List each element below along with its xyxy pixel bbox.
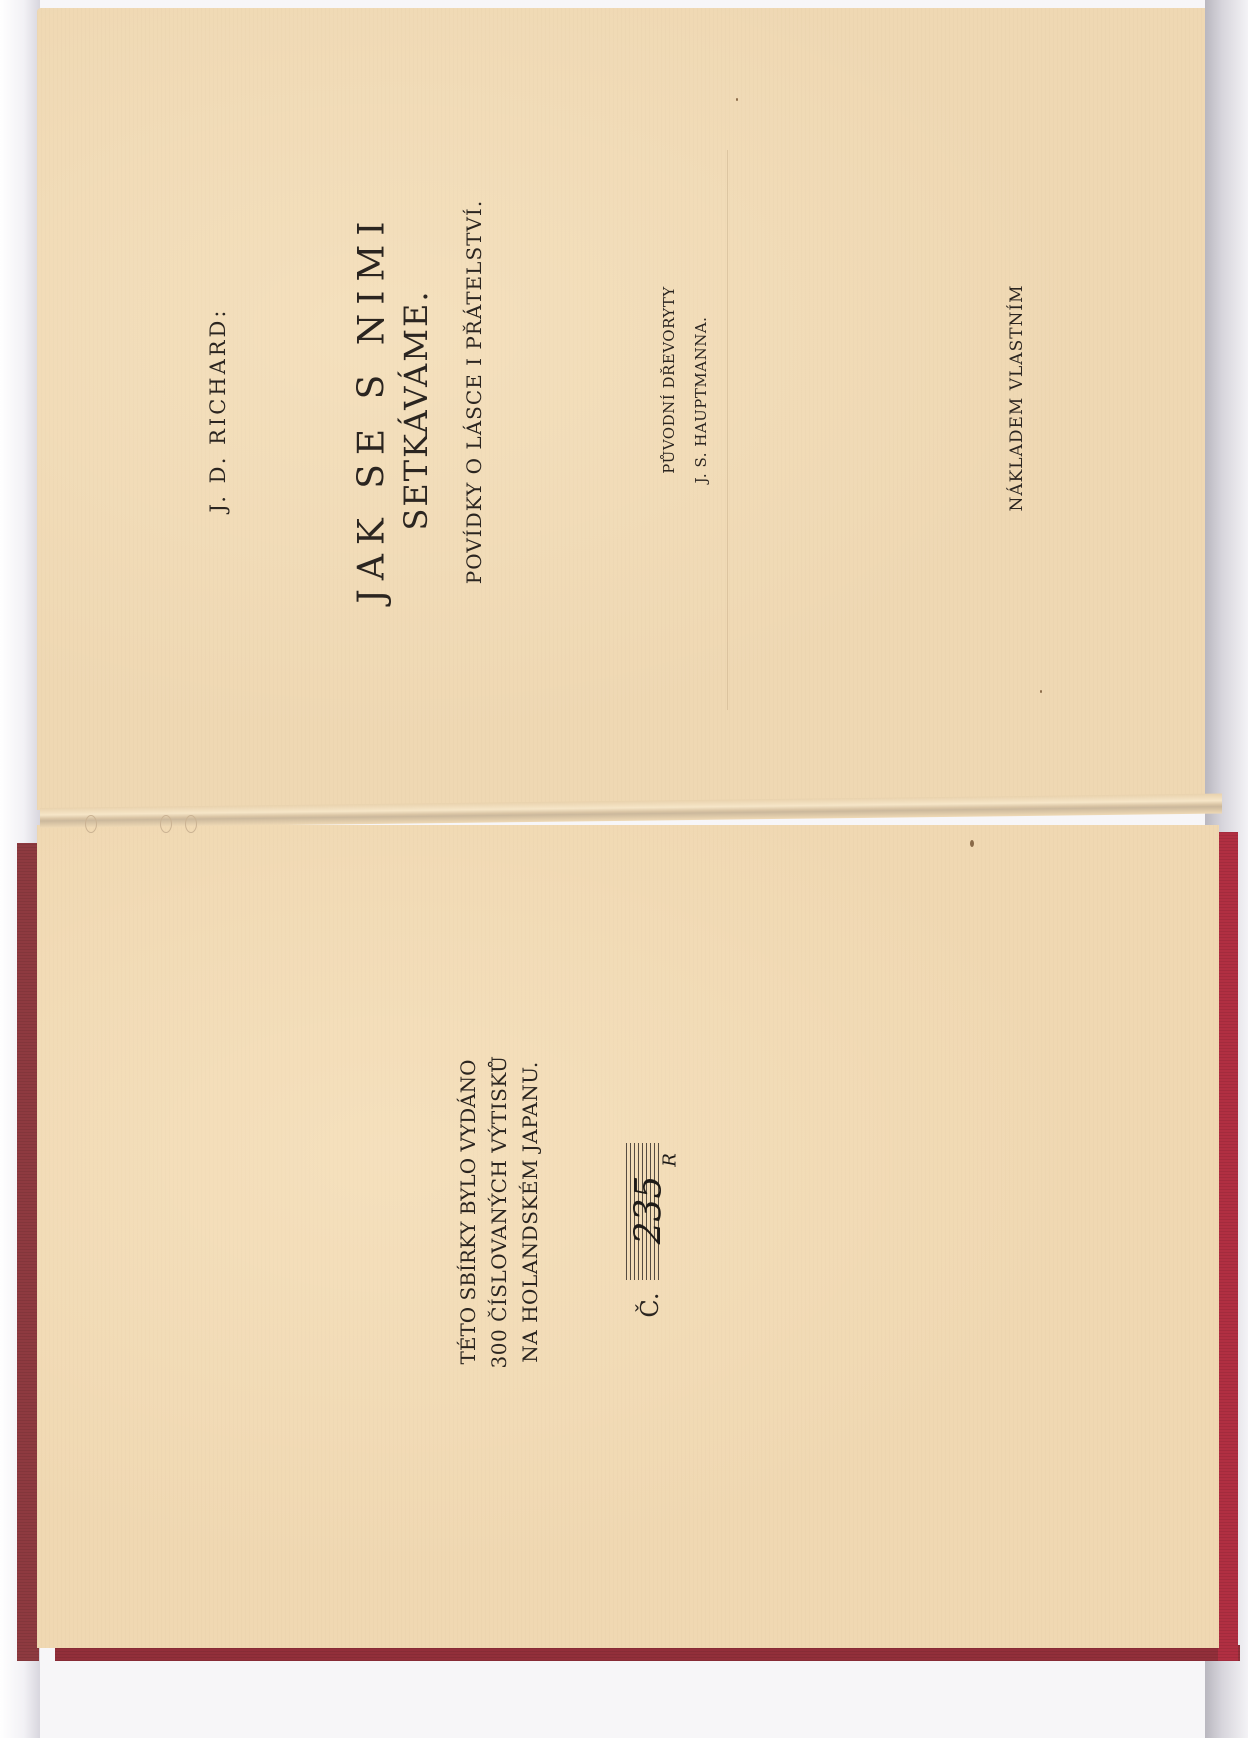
- author-name: J. D. RICHARD:: [206, 308, 230, 513]
- book-cover-left-edge: [17, 843, 39, 1661]
- book-title-line-1: JAK SE S NIMI: [352, 212, 393, 603]
- book-subtitle: POVÍDKY O LÁSCE I PŘÁTELSTVÍ.: [462, 200, 486, 584]
- copy-number-initial: R: [660, 1153, 681, 1167]
- binding-stitch: [85, 815, 97, 833]
- page-crease: [727, 150, 728, 710]
- copy-number-handwritten: 235: [629, 1176, 670, 1245]
- publisher-imprint: NÁKLADEM VLASTNÍM: [1007, 284, 1027, 511]
- illustrations-credit-line-2: J. S. HAUPTMANNA.: [692, 317, 710, 484]
- paper-speck: [970, 840, 974, 847]
- book-title-line-2: SETKÁVÁME.: [397, 289, 435, 530]
- paper-speck: [1040, 690, 1042, 693]
- book-cover-right-edge: [1218, 832, 1238, 1661]
- edition-note-line-2: 300 ČÍSLOVANÝCH VÝTISKŮ: [487, 1056, 511, 1369]
- binding-stitch: [185, 815, 197, 833]
- edition-note-line-3: NA HOLANDSKÉM JAPANU.: [518, 1061, 542, 1362]
- illustrations-credit-line-1: PŮVODNÍ DŘEVORYTY: [660, 286, 678, 473]
- copy-number-label: Č.: [636, 1292, 664, 1317]
- paper-speck: [736, 98, 738, 101]
- binding-stitch: [160, 815, 172, 833]
- edition-note-line-1: TÉTO SBÍRKY BYLO VYDÁNO: [456, 1060, 480, 1365]
